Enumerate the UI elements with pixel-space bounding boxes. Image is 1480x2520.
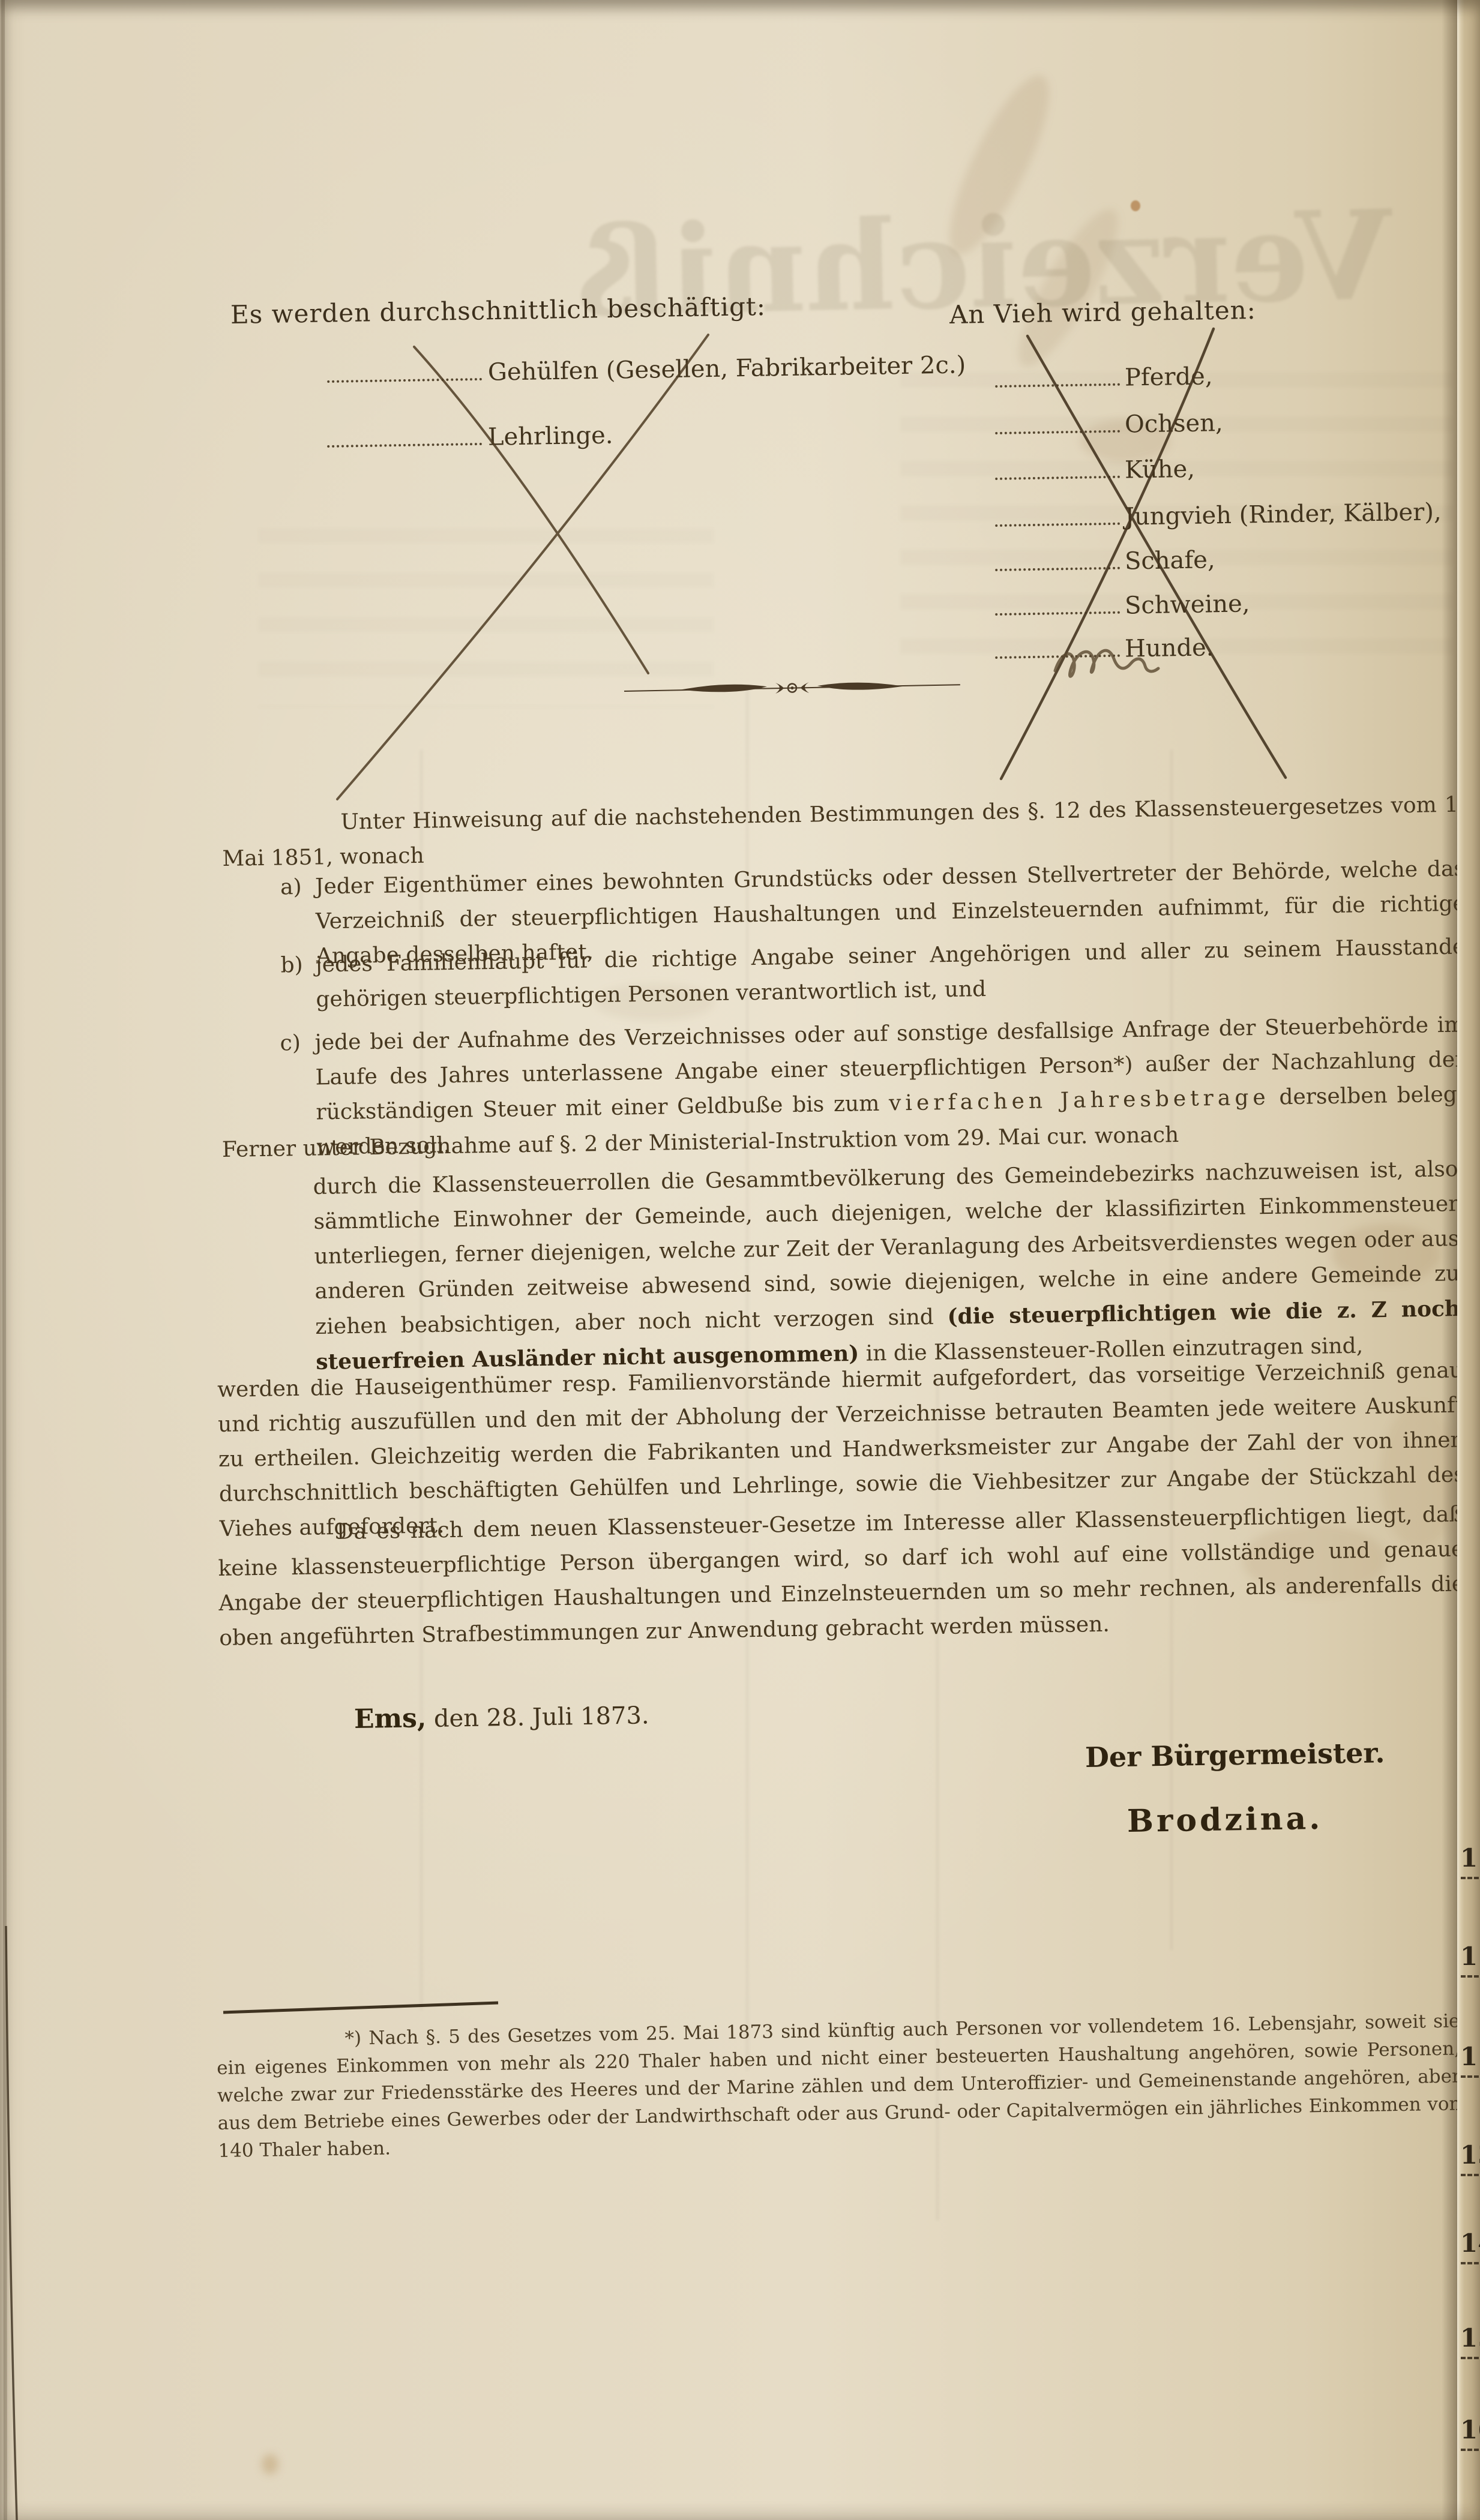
item-label: c) bbox=[280, 1026, 301, 1061]
livestock-row-label: Pferde, bbox=[1125, 362, 1213, 391]
fill-in-dotted-line bbox=[327, 358, 483, 383]
next-page-row-number: 15 bbox=[1460, 2323, 1480, 2353]
next-page-dashed-line bbox=[1461, 2262, 1479, 2264]
dateline: Ems, den 28. Juli 1873. bbox=[354, 1699, 649, 1735]
page-edge-line bbox=[3, 0, 5, 2520]
next-page-row-number: 16 bbox=[1460, 2415, 1480, 2444]
next-page-row-number: 14 bbox=[1460, 2228, 1480, 2258]
next-page-dashed-line bbox=[1461, 2075, 1479, 2078]
footnote: *) Nach §. 5 des Gesetzes vom 25. Mai 18… bbox=[216, 2007, 1461, 2165]
next-page-row-number: 1 bbox=[1460, 2042, 1480, 2071]
fill-in-dotted-line bbox=[327, 422, 483, 448]
fill-in-dotted-line bbox=[995, 634, 1121, 659]
livestock-row: Pferde, bbox=[995, 361, 1213, 394]
place-name: Ems, bbox=[354, 1703, 427, 1735]
next-page-row-number: 1 bbox=[1460, 1942, 1480, 1971]
ghost-showthrough-lines bbox=[258, 528, 714, 708]
rollen-paragraph: durch die Klassensteuerrollen die Gesamm… bbox=[313, 1152, 1461, 1380]
fill-in-dotted-line bbox=[995, 455, 1121, 480]
livestock-row-label: Hunde. bbox=[1125, 634, 1214, 662]
signature-role: Der Bürgermeister. bbox=[1085, 1736, 1385, 1774]
next-page-dashed-line bbox=[1461, 1975, 1479, 1978]
fill-in-dotted-line bbox=[995, 502, 1121, 527]
next-page-dashed-line bbox=[1461, 2357, 1479, 2359]
item-label: a) bbox=[280, 870, 302, 905]
stain bbox=[262, 2454, 278, 2474]
footnote-rule bbox=[223, 2003, 498, 2012]
employment-row-gehuelfen: Gehülfen (Gesellen, Fabrikarbeiter 2c.) bbox=[327, 350, 966, 389]
employment-row-label: Lehrlinge. bbox=[488, 422, 613, 451]
fill-in-dotted-line bbox=[995, 591, 1121, 616]
employment-row-lehrlinge: Lehrlinge. bbox=[327, 421, 613, 454]
item-label: b) bbox=[280, 948, 303, 983]
livestock-row-label: Jungvieh (Rinder, Kälber), bbox=[1125, 498, 1442, 530]
next-page-row-number: 1 bbox=[1460, 1843, 1480, 1873]
livestock-row: Ochsen, bbox=[995, 408, 1223, 440]
scanned-document-page: Verzeichniß Es werden durchschnittlich b… bbox=[0, 0, 1480, 2520]
next-page-row-number: 13 bbox=[1460, 2140, 1480, 2170]
livestock-row: Schweine, bbox=[995, 589, 1250, 622]
fill-in-dotted-line bbox=[995, 547, 1121, 571]
page-edge-line bbox=[6, 1926, 17, 2520]
livestock-row: Hunde. bbox=[995, 632, 1214, 665]
employment-row-label: Gehülfen (Gesellen, Fabrikarbeiter 2c.) bbox=[488, 351, 966, 386]
livestock-row-label: Schafe, bbox=[1125, 546, 1215, 575]
fill-in-dotted-line bbox=[995, 410, 1121, 434]
livestock-row-label: Ochsen, bbox=[1125, 409, 1223, 439]
livestock-row-label: Schweine, bbox=[1125, 590, 1250, 619]
livestock-row: Kühe, bbox=[995, 454, 1196, 486]
next-page-dashed-line bbox=[1461, 2449, 1479, 2451]
livestock-block-title: An Vieh wird gehalten: bbox=[949, 295, 1257, 329]
date-text: den 28. Juli 1873. bbox=[426, 1702, 649, 1733]
livestock-row: Schafe, bbox=[995, 545, 1215, 577]
spaced-emphasis: vierfachen Jahresbetrage bbox=[889, 1085, 1270, 1116]
da-es-paragraph: Da es nach dem neuen Klassensteuer-Geset… bbox=[217, 1497, 1465, 1656]
next-page-dashed-line bbox=[1461, 2174, 1479, 2176]
next-page-dashed-line bbox=[1461, 1877, 1479, 1879]
livestock-row-label: Kühe, bbox=[1125, 455, 1196, 484]
signature-name: Brodzina. bbox=[1127, 1800, 1323, 1840]
fill-in-dotted-line bbox=[995, 363, 1121, 388]
